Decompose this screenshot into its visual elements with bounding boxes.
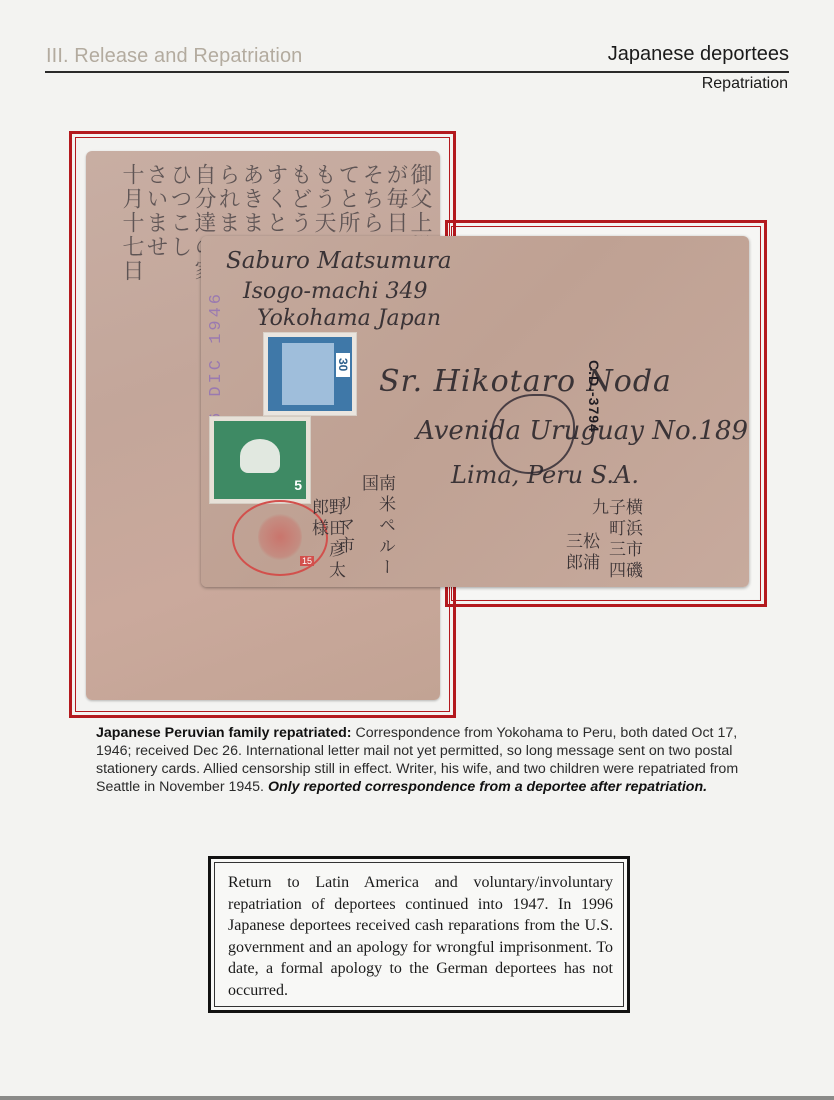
caption-emphasis: Only reported correspondence from a depo… (268, 779, 707, 795)
page-edge (0, 1096, 834, 1100)
caption-lead: Japanese Peruvian family repatriated: (96, 725, 352, 741)
header-rule (45, 71, 789, 73)
mount-fuji-icon (214, 421, 306, 499)
stamp-denomination: 30 (336, 353, 350, 377)
jp-address-country: 南米ペルー国 (359, 474, 393, 587)
historical-note-box: Return to Latin America and voluntary/in… (208, 856, 630, 1013)
message-text-column: 十月十七日 (120, 163, 142, 283)
exhibit-title: Japanese deportees (608, 43, 789, 66)
section-title: III. Release and Repatriation (46, 45, 302, 68)
message-text-column: ひつこし (168, 163, 190, 259)
recipient-street: Avenida Uruguay No.189 (416, 416, 748, 446)
historical-note-text: Return to Latin America and voluntary/in… (228, 872, 613, 1002)
exhibit-caption: Japanese Peruvian family repatriated: Co… (96, 724, 744, 796)
jp-address-name: 野田彦太郎様 (309, 498, 343, 587)
exhibit-subtitle: Repatriation (702, 75, 788, 93)
sender-city: Yokohama Japan (257, 306, 441, 331)
stamp-5-sen: 5 (209, 416, 311, 504)
censor-number: C.D.-3794 (586, 360, 602, 433)
message-text-column: てと所 (336, 163, 358, 235)
sender-name: Saburo Matsumura (226, 248, 452, 274)
address-card: Saburo Matsumura Isogo-machi 349 Yokoham… (201, 236, 749, 587)
stamp-30-sen: 30 (263, 332, 357, 416)
stamp-denomination: 5 (294, 477, 302, 493)
sender-street: Isogo-machi 349 (243, 279, 427, 304)
jp-sender-name: 松浦三郎 (563, 532, 597, 587)
message-text-column: すくと (264, 163, 286, 235)
receiving-datestamp: 26 DIC 1946 (207, 291, 226, 436)
message-text-column: さいませ (144, 163, 166, 259)
